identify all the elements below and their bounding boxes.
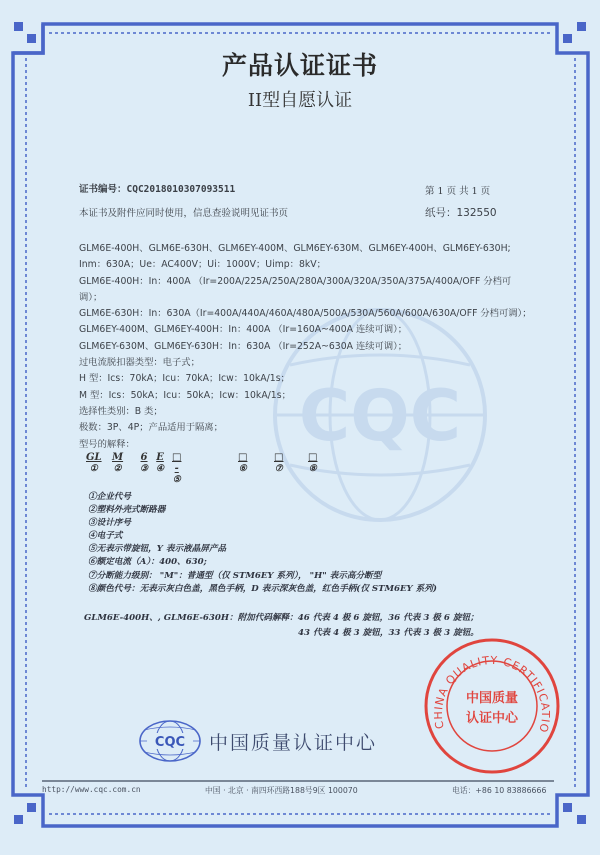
footer-website[interactable]: http://www.cqc.com.cn — [42, 785, 141, 794]
model-code-part: M② — [112, 452, 123, 474]
svg-text:CQC: CQC — [155, 735, 185, 750]
usage-note: 本证书及附件应同时使用，信息查验说明见证书页 — [79, 205, 288, 219]
cqc-globe-logo-icon: CQC — [137, 719, 203, 763]
cert-number-label: 证书编号： — [79, 184, 127, 195]
spec-line: GLM6EY-400M、GLM6EY-400H：In：400A （Ir=160A… — [79, 322, 539, 338]
spec-line: GLM6E-630H：In：630A（Ir=400A/440A/460A/480… — [79, 306, 539, 322]
spec-line: Inm：630A；Ue：AC400V；Ui：1000V；Uimp：8kV； — [79, 257, 539, 273]
page-info: 第 1 页 共 1 页 — [425, 183, 490, 197]
explanation-item: ③设计序号 — [88, 517, 437, 530]
product-specifications: GLM6E-400H、GLM6E-630H、GLM6EY-400M、GLM6EY… — [79, 241, 539, 453]
spec-line: GLM6E-400H：In：400A （Ir=200A/225A/250A/28… — [79, 274, 539, 290]
spec-line: 极数：3P、4P；产品适用于隔离； — [79, 420, 539, 436]
certificate-page: CQC 产品认证证书 II型自愿认证 证书编号：CQC2018010307093… — [0, 0, 600, 855]
explanation-item: ⑤无表示带旋钮，Y 表示液晶屏产品 — [88, 543, 437, 556]
paper-number: 纸号：132550 — [425, 205, 497, 220]
footer-phone: 电话：+86 10 83886666 — [452, 785, 546, 796]
issuer-name: 中国质量认证中心 — [209, 728, 377, 755]
explanation-item: ⑧颜色代号：无表示灰白色盖，黑色手柄，D 表示深灰色盖，红色手柄(仅 STM6E… — [88, 583, 437, 596]
footer-address: 中国 · 北京 · 南四环西路188号9区 100070 — [205, 785, 358, 796]
spec-line: 型号的解释： — [79, 437, 539, 453]
spec-line: 选择性类别：B 类； — [79, 404, 539, 420]
spec-line: GLM6EY-630M、GLM6EY-630H：In：630A （Ir=252A… — [79, 339, 539, 355]
cert-number: 证书编号：CQC2018010307093511 — [79, 181, 235, 195]
explanation-item: ④电子式 — [88, 530, 437, 543]
spec-line: 调）； — [79, 290, 539, 306]
additional-code-line-1: GLM6E-400H、, GLM6E-630H：附加代码解释：46 代表 4 极… — [84, 611, 479, 623]
svg-text:认证中心: 认证中心 — [466, 710, 519, 726]
model-code-part: □⑦ — [274, 452, 283, 474]
footer-divider — [42, 780, 554, 782]
certificate-subtitle: II型自愿认证 — [0, 86, 600, 112]
svg-text:中国质量: 中国质量 — [466, 690, 518, 706]
model-code-explanations: ①企业代号 ②塑料外壳式断路器 ③设计序号 ④电子式 ⑤无表示带旋钮，Y 表示液… — [88, 491, 437, 596]
official-seal-icon: CHINA QUALITY CERTIFICATION CENTRE 中国质量 … — [422, 636, 562, 776]
spec-line: H 型：Ics：70kA；Icu：70kA；Icw：10kA/1s； — [79, 371, 539, 387]
certificate-title: 产品认证证书 — [0, 46, 600, 82]
spec-line: GLM6E-400H、GLM6E-630H、GLM6EY-400M、GLM6EY… — [79, 241, 539, 257]
model-code-part: □⑥ — [238, 452, 247, 474]
cert-number-value: CQC2018010307093511 — [127, 184, 236, 195]
issuer-logo: CQC 中国质量认证中心 — [137, 718, 377, 764]
explanation-item: ⑦分断能力级别： "M"：普通型（仅 STM6EY 系列）， "H" 表示高分断… — [88, 570, 437, 583]
model-code-part: □⑧ — [308, 452, 317, 474]
explanation-item: ②塑料外壳式断路器 — [88, 504, 437, 517]
spec-line: 过电流脱扣器类型：电子式； — [79, 355, 539, 371]
model-code-part: GL① — [86, 452, 102, 474]
spec-line: M 型：Ics：50kA；Icu：50kA；Icw：10kA/1s； — [79, 388, 539, 404]
model-code-part: □ -⑤ — [172, 452, 181, 485]
model-code-part: E④ — [156, 452, 164, 474]
explanation-item: ⑥额定电流（A）：400、630; — [88, 556, 437, 569]
explanation-item: ①企业代号 — [88, 491, 437, 504]
model-code-part: 6③ — [140, 452, 148, 474]
